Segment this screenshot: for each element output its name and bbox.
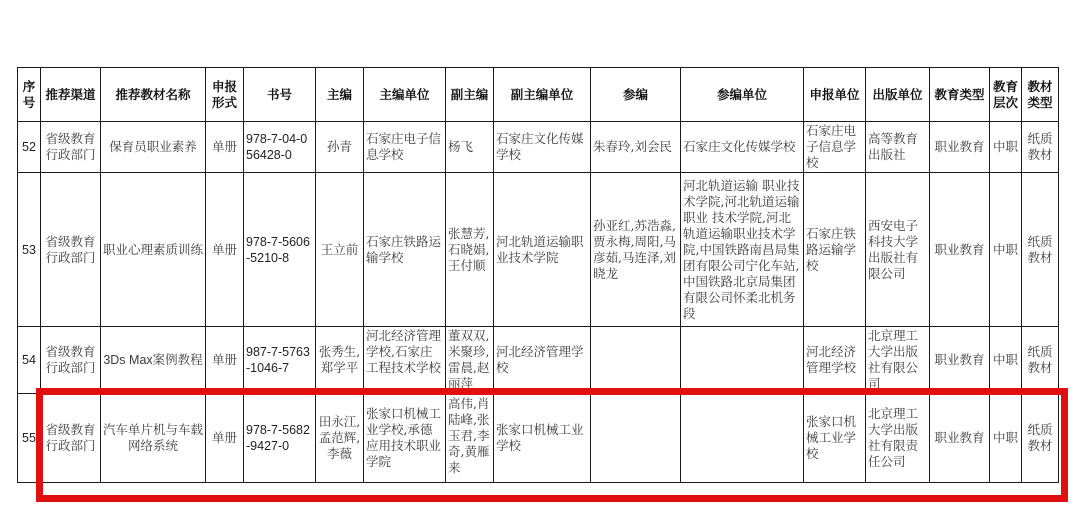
cell-publisher: 高等教育出版社	[866, 122, 930, 173]
cell-no: 55	[18, 394, 41, 483]
cell-form: 单册	[206, 394, 244, 483]
cell-edu-level: 中职	[990, 173, 1022, 327]
cell-isbn: 978-7-04-056428-0	[244, 122, 316, 173]
cell-title: 汽车单片机与车载网络系统	[101, 394, 206, 483]
cell-chief-editor: 张秀生,郑学平	[316, 327, 364, 394]
cell-edu-type: 职业教育	[930, 394, 990, 483]
header-row: 序号 推荐渠道 推荐教材名称 申报形式 书号 主编 主编单位 副主编 副主编单位…	[18, 68, 1059, 122]
deputy-editor-text: 高伟,肖陆峰,张玉君,李奇,黄雁来	[448, 396, 491, 480]
deputy-editor-text: 董双双,米聚珍,雷晨,赵丽萍	[448, 328, 491, 392]
cell-applicant: 张家口机械工业学校	[804, 394, 866, 483]
cell-deputy-editor: 杨飞	[446, 122, 494, 173]
cell-no: 54	[18, 327, 41, 394]
header-no: 序号	[18, 68, 41, 122]
cell-applicant: 石家庄铁路运输学校	[804, 173, 866, 327]
cell-title: 职业心理素质训练	[101, 173, 206, 327]
cell-form: 单册	[206, 122, 244, 173]
cell-isbn: 978-7-5682-9427-0	[244, 394, 316, 483]
cell-title: 保育员职业素养	[101, 122, 206, 173]
publisher-text: 北京理工大学出版社有限公司	[868, 328, 927, 392]
cell-deputy-editor: 高伟,肖陆峰,张玉君,李奇,黄雁来	[446, 394, 494, 483]
header-edu-level: 教育层次	[990, 68, 1022, 122]
header-isbn: 书号	[244, 68, 316, 122]
cell-material-type: 纸质教材	[1022, 173, 1059, 327]
table-row: 54 省级教育行政部门 3Ds Max案例教程 单册 987-7-5763-10…	[18, 327, 1059, 394]
cell-applicant: 石家庄电子信息学校	[804, 122, 866, 173]
cell-chief-editor: 田永江,孟范辉,李薇	[316, 394, 364, 483]
cell-deputy-unit: 张家口机械工业学校	[494, 394, 591, 483]
cell-publisher: 北京理工大学出版社有限公司	[866, 327, 930, 394]
cell-contributors	[591, 327, 681, 394]
table-row-highlighted: 55 省级教育行政部门 汽车单片机与车载网络系统 单册 978-7-5682-9…	[18, 394, 1059, 483]
cell-contributors	[591, 394, 681, 483]
cell-publisher: 北京理工大学出版社有限责任公司	[866, 394, 930, 483]
cell-chief-unit: 河北经济管理学校,石家庄工程技术学校	[364, 327, 446, 394]
cell-contributor-units: 石家庄文化传媒学校	[681, 122, 804, 173]
header-deputy-editor: 副主编	[446, 68, 494, 122]
cell-chief-editor: 孙青	[316, 122, 364, 173]
cell-deputy-unit: 河北轨道运输职业技术学院	[494, 173, 591, 327]
cell-no: 52	[18, 122, 41, 173]
cell-channel: 省级教育行政部门	[41, 122, 101, 173]
cell-title: 3Ds Max案例教程	[101, 327, 206, 394]
header-edu-type: 教育类型	[930, 68, 990, 122]
table-row: 53 省级教育行政部门 职业心理素质训练 单册 978-7-5606-5210-…	[18, 173, 1059, 327]
chief-unit-text: 河北经济管理学校,石家庄工程技术学校	[366, 328, 443, 392]
cell-publisher: 西安电子科技大学出版社有限公司	[866, 173, 930, 327]
header-form: 申报形式	[206, 68, 244, 122]
cell-applicant: 河北经济管理学校	[804, 327, 866, 394]
cell-edu-type: 职业教育	[930, 327, 990, 394]
cell-contributors: 朱春玲,刘会民	[591, 122, 681, 173]
cell-form: 单册	[206, 173, 244, 327]
textbook-table: 序号 推荐渠道 推荐教材名称 申报形式 书号 主编 主编单位 副主编 副主编单位…	[17, 67, 1059, 483]
cell-chief-editor: 王立前	[316, 173, 364, 327]
cell-deputy-editor: 董双双,米聚珍,雷晨,赵丽萍	[446, 327, 494, 394]
cell-isbn: 987-7-5763-1046-7	[244, 327, 316, 394]
header-channel: 推荐渠道	[41, 68, 101, 122]
cell-chief-unit: 张家口机械工业学校,承德应用技术职业学院	[364, 394, 446, 483]
cell-contributor-units	[681, 394, 804, 483]
cell-contributors: 孙亚红,苏浩淼,贾永梅,周阳,马彦茹,马连泽,刘晓龙	[591, 173, 681, 327]
header-deputy-unit: 副主编单位	[494, 68, 591, 122]
cell-deputy-editor: 张慧芳,石晓娟,王付顺	[446, 173, 494, 327]
cell-material-type: 纸质教材	[1022, 327, 1059, 394]
cell-deputy-unit: 石家庄文化传媒学校	[494, 122, 591, 173]
cell-edu-level: 中职	[990, 122, 1022, 173]
cell-isbn: 978-7-5606-5210-8	[244, 173, 316, 327]
table-row: 52 省级教育行政部门 保育员职业素养 单册 978-7-04-056428-0…	[18, 122, 1059, 173]
cell-edu-type: 职业教育	[930, 173, 990, 327]
cell-channel: 省级教育行政部门	[41, 173, 101, 327]
cell-form: 单册	[206, 327, 244, 394]
cell-no: 53	[18, 173, 41, 327]
header-chief-unit: 主编单位	[364, 68, 446, 122]
cell-edu-level: 中职	[990, 394, 1022, 483]
cell-material-type: 纸质教材	[1022, 122, 1059, 173]
header-applicant: 申报单位	[804, 68, 866, 122]
cell-channel: 省级教育行政部门	[41, 327, 101, 394]
cell-edu-level: 中职	[990, 327, 1022, 394]
cell-edu-type: 职业教育	[930, 122, 990, 173]
header-title: 推荐教材名称	[101, 68, 206, 122]
cell-contributor-units: 河北轨道运输 职业技术学院,河北轨道运输职业 技术学院,河北轨道运输职业技术学院…	[681, 173, 804, 327]
header-publisher: 出版单位	[866, 68, 930, 122]
cell-channel: 省级教育行政部门	[41, 394, 101, 483]
cell-deputy-unit: 河北经济管理学校	[494, 327, 591, 394]
header-material-type: 教材类型	[1022, 68, 1059, 122]
cell-chief-unit: 石家庄铁路运输学校	[364, 173, 446, 327]
header-contributor-units: 参编单位	[681, 68, 804, 122]
header-contributors: 参编	[591, 68, 681, 122]
cell-chief-unit: 石家庄电子信息学校	[364, 122, 446, 173]
header-chief-editor: 主编	[316, 68, 364, 122]
cell-contributor-units	[681, 327, 804, 394]
cell-material-type: 纸质教材	[1022, 394, 1059, 483]
